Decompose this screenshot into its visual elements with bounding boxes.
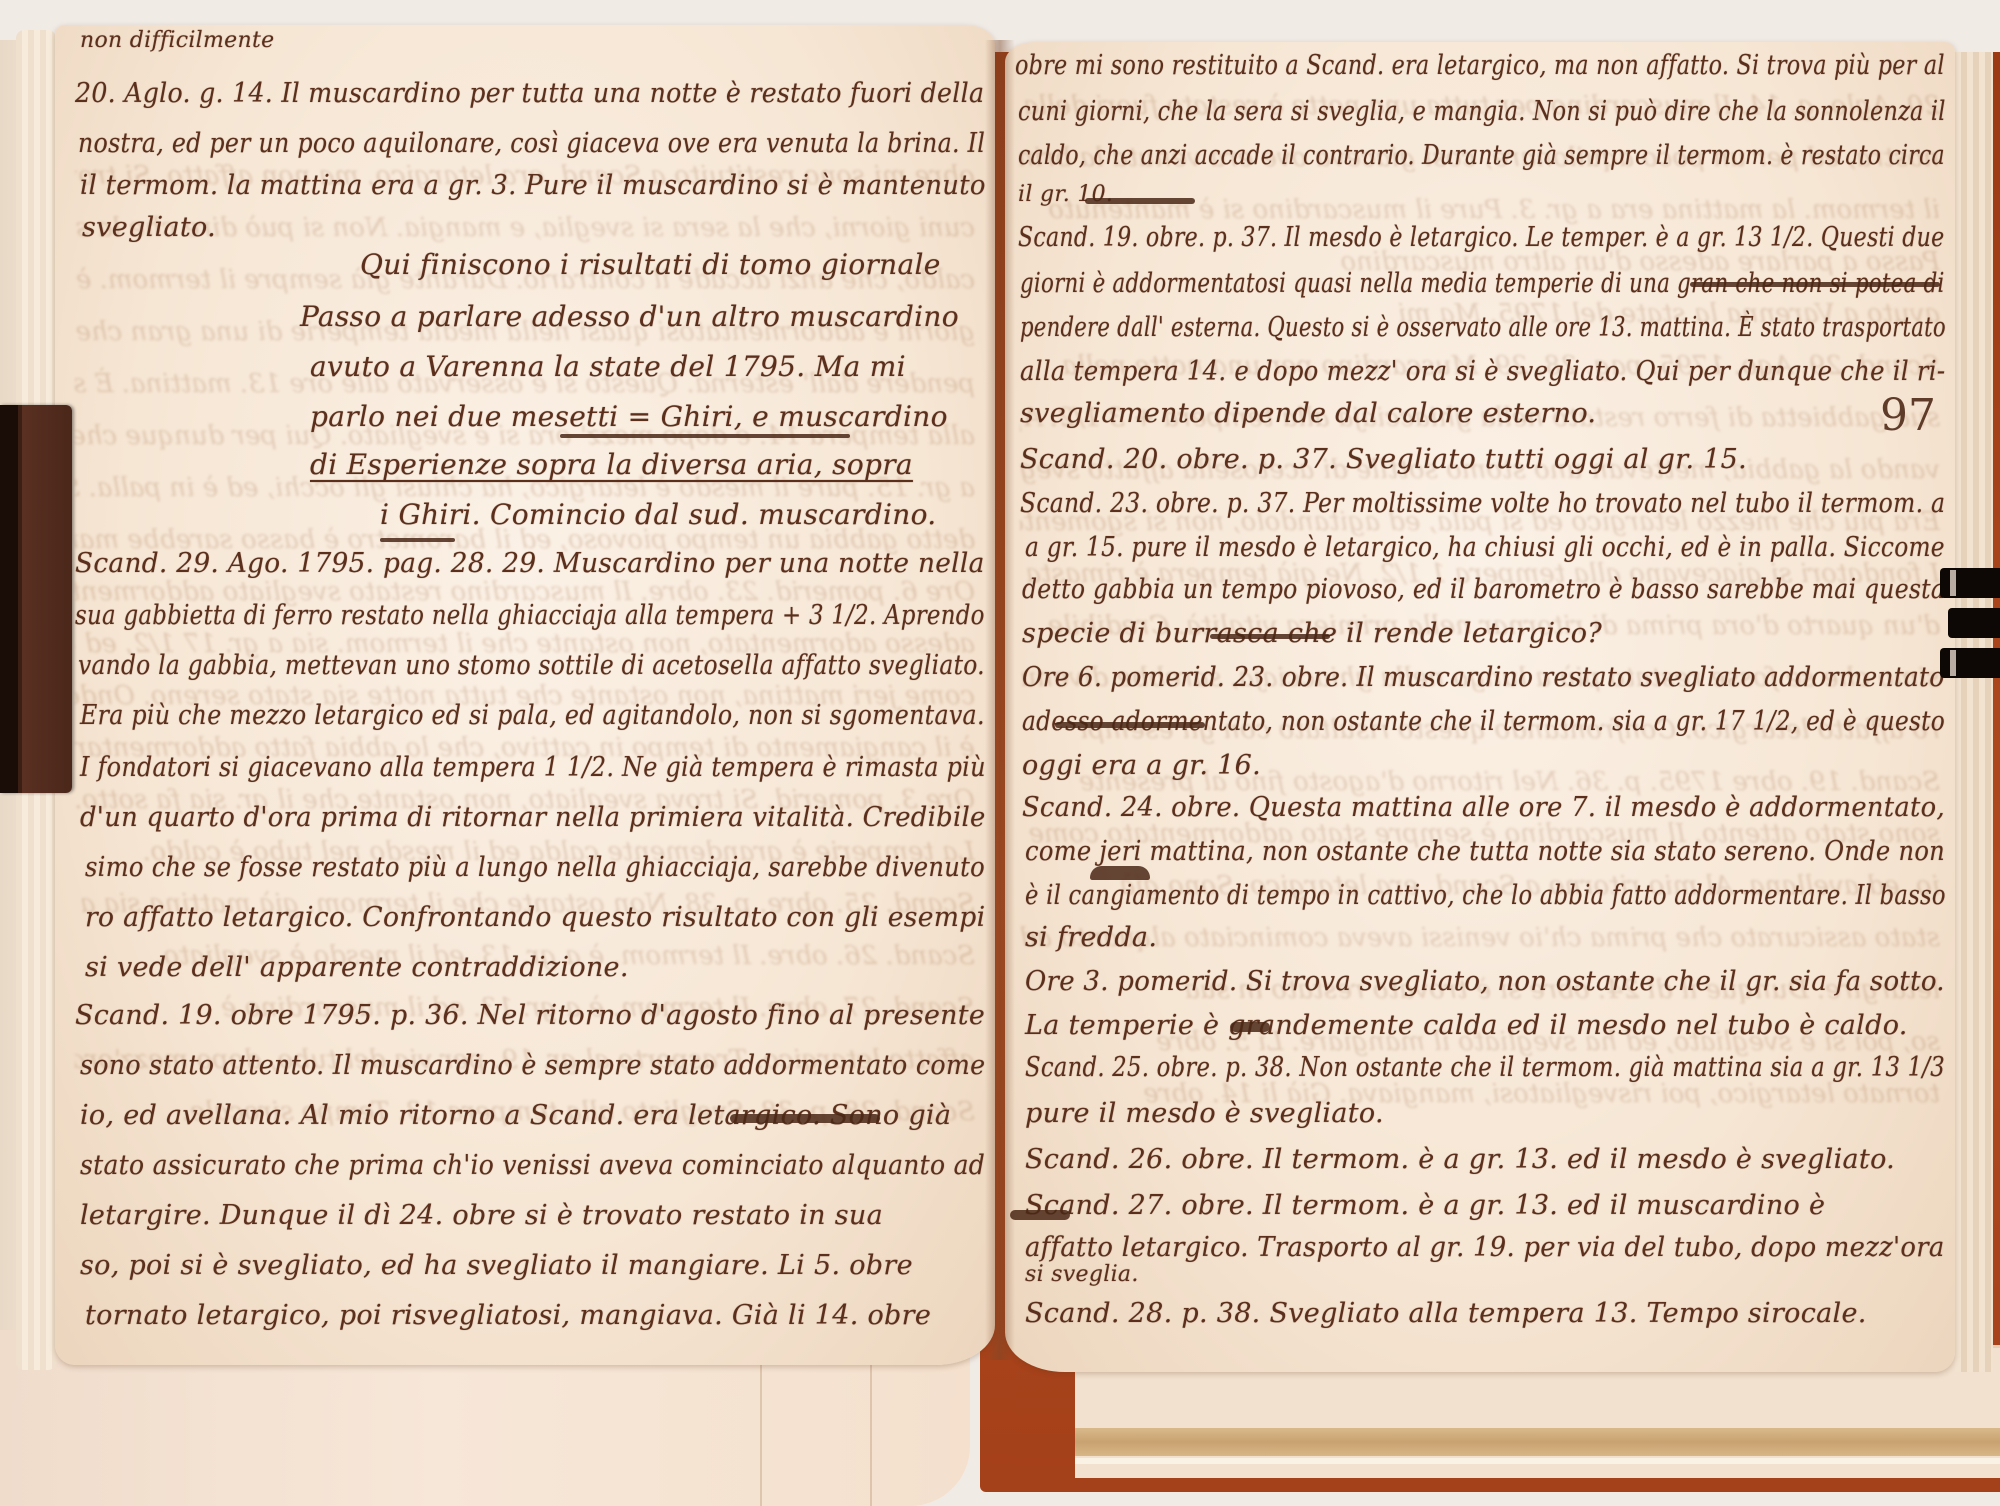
text-line: si fredda. bbox=[1025, 922, 1157, 953]
text-line: Scand. 23. obre. p. 37. Per moltissime v… bbox=[1020, 488, 1945, 519]
page-number: 97 bbox=[1880, 390, 1936, 441]
text-line: Scand. 29. Ago. 1795. pag. 28. 29. Musca… bbox=[75, 548, 985, 579]
manuscript-photo: obre mi sono restituito a Scand. era let… bbox=[0, 0, 2000, 1506]
section-heading: avuto a Varenna la state del 1795. Ma mi bbox=[310, 350, 906, 383]
right-binder-clip bbox=[1940, 568, 2000, 678]
clip-jaw bbox=[1948, 608, 2000, 638]
strikethrough bbox=[1210, 634, 1330, 639]
text-line: Ore 3. pomerid. Si trova svegliato, non … bbox=[1025, 966, 1945, 997]
text-line: oggi era a gr. 16. bbox=[1022, 750, 1261, 781]
text-line: ro affatto letargico. Confrontando quest… bbox=[85, 902, 985, 933]
text-line: come jeri mattina, non ostante che tutta… bbox=[1025, 836, 1945, 867]
text-line: d'un quarto d'ora prima di ritornar nell… bbox=[80, 802, 986, 833]
text-line: è il cangiamento di tempo in cattivo, ch… bbox=[1025, 880, 1946, 911]
text-line: stato assicurato che prima ch'io venissi… bbox=[80, 1150, 985, 1181]
text-line: cuni giorni, che la sera si sveglia, e m… bbox=[1018, 96, 1946, 127]
text-line: Scand. 19. obre. p. 37. Il mesdo è letar… bbox=[1018, 222, 1944, 253]
text-line: Scand. 28. p. 38. Svegliato alla tempera… bbox=[1025, 1298, 1867, 1329]
text-line: Scand. 20. obre. p. 37. Svegliato tutti … bbox=[1020, 444, 1747, 475]
text-line: svegliamento dipende dal calore esterno. bbox=[1020, 398, 1596, 429]
clip-jaw bbox=[1940, 568, 2000, 598]
section-heading: parlo nei due mesetti = Ghiri, e muscard… bbox=[310, 400, 948, 433]
text-line: I fondatori si giacevano alla tempera 1 … bbox=[80, 752, 986, 783]
text-line: vando la gabbia, mettevan uno stomo sott… bbox=[78, 650, 985, 681]
board-edge-line bbox=[1075, 1458, 2000, 1464]
ink-blot bbox=[1090, 866, 1150, 880]
text-line: detto gabbia un tempo piovoso, ed il bar… bbox=[1022, 574, 1945, 605]
section-heading-underlined: di Esperienze sopra la diversa aria, sop… bbox=[310, 448, 913, 481]
text-line: svegliato. bbox=[82, 212, 216, 243]
text-line: Ore 6. pomerid. 23. obre. Il muscardino … bbox=[1022, 662, 1945, 693]
text-line: La temperie è grandemente calda ed il me… bbox=[1025, 1010, 1908, 1041]
text-line: si vede dell' apparente contraddizione. bbox=[85, 952, 629, 983]
text-line: Scand. 26. obre. Il termom. è a gr. 13. … bbox=[1025, 1144, 1895, 1175]
glue-strip bbox=[1075, 1428, 2000, 1456]
section-heading: Qui finiscono i risultati di tomo giorna… bbox=[360, 248, 941, 281]
underline-stroke bbox=[560, 434, 850, 438]
text-line: alla tempera 14. e dopo mezz' ora si è s… bbox=[1020, 356, 1945, 387]
right-page-edges bbox=[1955, 52, 1993, 1372]
text-line: letargire. Dunque il dì 24. obre si è tr… bbox=[80, 1200, 883, 1231]
text-line: affatto letargico. Trasporto al gr. 19. … bbox=[1025, 1232, 1945, 1263]
clip-shine bbox=[1950, 570, 1956, 596]
strikethrough bbox=[1085, 198, 1195, 204]
text-line: sua gabbietta di ferro restato nella ghi… bbox=[75, 600, 985, 631]
text-line: obre mi sono restituito a Scand. era let… bbox=[1015, 50, 1945, 81]
ink-blot bbox=[1010, 1210, 1070, 1220]
text-line: il termom. la mattina era a gr. 3. Pure … bbox=[80, 170, 986, 201]
strikethrough bbox=[1055, 722, 1205, 728]
text-line: Scand. 25. obre. p. 38. Non ostante che … bbox=[1025, 1052, 1945, 1083]
text-line: tornato letargico, poi risvegliatosi, ma… bbox=[85, 1300, 931, 1331]
text-line: Scand. 24. obre. Questa mattina alle ore… bbox=[1022, 792, 1945, 823]
strikethrough bbox=[1690, 282, 1940, 287]
text-line: pure il mesdo è svegliato. bbox=[1025, 1098, 1384, 1129]
clip-shine bbox=[1950, 650, 1956, 676]
text-line: non difficilmente bbox=[80, 28, 274, 53]
left-binder-clip bbox=[0, 405, 72, 793]
text-line: Era più che mezzo letargico ed si pala, … bbox=[80, 700, 985, 731]
text-line: 20. Aglo. g. 14. Il muscardino per tutta… bbox=[75, 78, 984, 109]
text-line: sono stato attento. Il muscardino è semp… bbox=[80, 1050, 985, 1081]
text-line: si sveglia. bbox=[1025, 1262, 1139, 1287]
underline-stroke bbox=[380, 538, 455, 542]
ink-blot bbox=[1230, 1022, 1270, 1032]
text-line: simo che se fosse restato più a lungo ne… bbox=[85, 852, 985, 883]
text-line: Scand. 19. obre 1795. p. 36. Nel ritorno… bbox=[75, 1000, 985, 1031]
show-through-right: 20. Aglo. g. 14. Il muscardino per tutta… bbox=[1020, 80, 1940, 1320]
clip-jaw bbox=[1940, 648, 2000, 678]
gutter bbox=[985, 40, 1015, 1360]
text-line: pendere dall' esterna. Questo si è osser… bbox=[1020, 312, 1946, 343]
text-line: nostra, ed per un poco aquilonare, così … bbox=[78, 128, 985, 159]
text-line: a gr. 15. pure il mesdo è letargico, ha … bbox=[1025, 532, 1945, 563]
section-heading: Passo a parlare adesso d'un altro muscar… bbox=[300, 300, 959, 333]
text-line: Scand. 27. obre. Il termom. è a gr. 13. … bbox=[1025, 1190, 1825, 1221]
text-line: caldo, che anzi accade il contrario. Dur… bbox=[1018, 140, 1945, 171]
section-heading: i Ghiri. Comincio dal sud. muscardino. bbox=[380, 498, 936, 531]
text-line: so, poi si è svegliato, ed ha svegliato … bbox=[80, 1250, 913, 1281]
strikethrough bbox=[730, 1114, 880, 1123]
